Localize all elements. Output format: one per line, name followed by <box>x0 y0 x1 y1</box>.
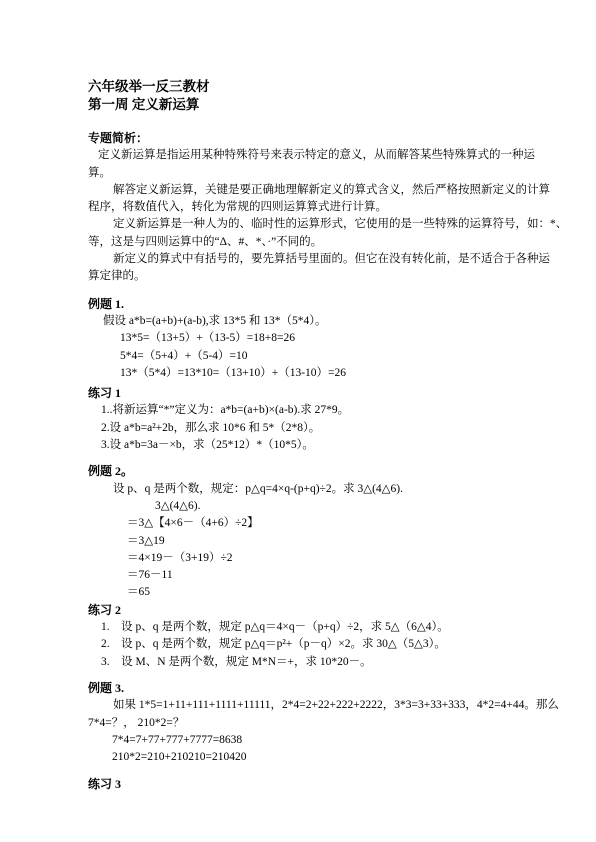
intro-line: 等，这是与四则运算中的“Δ、#、*、·”不同的。 <box>88 234 574 251</box>
example3-problem-line: 如果 1*5=1+11+111+1111+11111，2*4=2+22+222+… <box>88 697 574 714</box>
practice2-item: 3. 设 M、N 是两个数，规定 M*N＝+，求 10*20－。 <box>88 654 574 671</box>
intro-line: 解答定义新运算，关键是要正确地理解新定义的算式含义，然后严格按照新定义的计算 <box>88 182 574 199</box>
doc-title-line1: 六年级举一反三教材 <box>88 78 574 96</box>
example1-solution-line: 13*（5*4）=13*10=（13+10）+（13-10）=26 <box>88 365 574 382</box>
intro-line: 算。 <box>88 165 574 182</box>
practice1-item: 3.设 a*b=3a－×b，求（25*12）*（10*5）。 <box>88 437 574 454</box>
intro-line: 新定义的算式中有括号的，要先算括号里面的。但它在没有转化前，是不适合于各种运 <box>88 251 574 268</box>
example3-problem-line: 7*4=？， 210*2=？ <box>88 715 574 732</box>
practice2-item: 1. 设 p、q 是两个数，规定 p△q＝4×q－（p+q）÷2，求 5△（6△… <box>88 619 574 636</box>
practice1-item: 2.设 a*b=a²+2b，那么求 10*6 和 5*（2*8）。 <box>88 420 574 437</box>
document-content: 六年级举一反三教材 第一周 定义新运算 专题简析： 定义新运算是指运用某种特殊符… <box>88 78 574 794</box>
practice1-item: 1..将新运算“*”定义为：a*b=(a+b)×(a-b).求 27*9。 <box>88 402 574 419</box>
intro-line: 定义新运算是一种人为的、临时性的运算形式，它使用的是一些特殊的运算符号，如：*、 <box>88 216 574 233</box>
practice2-item: 2. 设 p、q 是两个数，规定 p△q＝p²+（p－q）×2。求 30△（5△… <box>88 636 574 653</box>
example1-problem: 假设 a*b=(a+b)+(a-b),求 13*5 和 13*（5*4）。 <box>88 313 574 330</box>
example2-solution-line: ＝4×19－（3+19）÷2 <box>88 550 574 567</box>
document-page: 六年级举一反三教材 第一周 定义新运算 专题简析： 定义新运算是指运用某种特殊符… <box>0 0 596 842</box>
example2-solution-line: ＝65 <box>88 584 574 601</box>
example1-solution-line: 5*4=（5+4）+（5-4）=10 <box>88 348 574 365</box>
practice1-heading: 练习 1 <box>88 385 574 402</box>
example3-solution-line: 7*4=7+77+777+7777=8638 <box>88 732 574 749</box>
example1-heading: 例题 1. <box>88 296 574 313</box>
example3-heading: 例题 3. <box>88 680 574 697</box>
example2-solution-line: ＝76－11 <box>88 567 574 584</box>
practice3-heading: 练习 3 <box>88 776 574 793</box>
intro-heading: 专题简析： <box>88 130 574 147</box>
example2-solution-line: 3△(4△6). <box>88 498 574 515</box>
example3-solution-line: 210*2=210+210210=210420 <box>88 749 574 766</box>
example2-solution-line: ＝3△【4×6－（4+6）÷2】 <box>88 515 574 532</box>
intro-line: 定义新运算是指运用某种特殊符号来表示特定的意义，从而解答某些特殊算式的一种运 <box>88 147 574 164</box>
practice2-heading: 练习 2 <box>88 602 574 619</box>
example2-solution-line: ＝3△19 <box>88 533 574 550</box>
intro-line: 程序，将数值代入，转化为常规的四则运算算式进行计算。 <box>88 199 574 216</box>
example2-heading: 例题 2。 <box>88 463 574 480</box>
example2-problem: 设 p、q 是两个数，规定：p△q=4×q-(p+q)÷2。求 3△(4△6). <box>88 481 574 498</box>
example1-solution-line: 13*5=（13+5）+（13-5）=18+8=26 <box>88 330 574 347</box>
intro-line: 算定律的。 <box>88 268 574 285</box>
doc-title-line2: 第一周 定义新运算 <box>88 96 574 114</box>
